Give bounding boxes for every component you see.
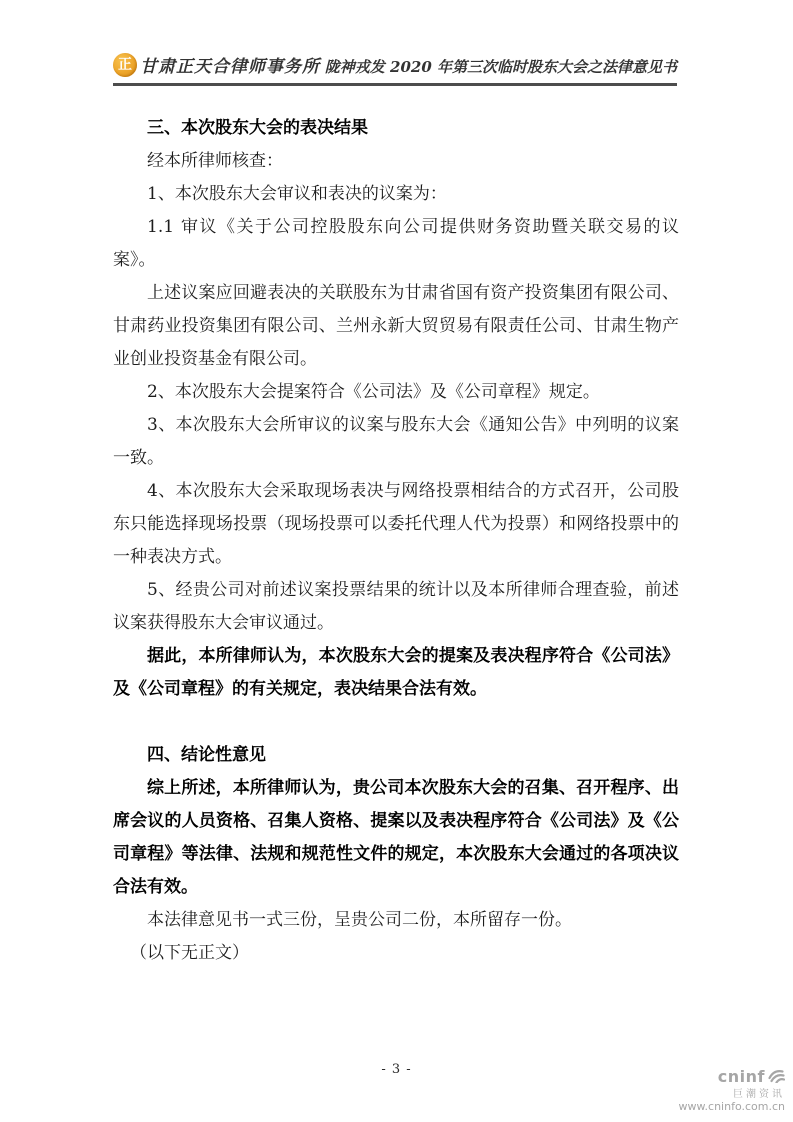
end-of-text-note: （以下无正文） [113,937,679,970]
cninfo-brand-row: cninf [679,1067,785,1087]
document-page: 正 甘肃正天合律师事务所 陇神戎发 2020 年第三次临时股东大会之法律意见书 … [0,0,793,1122]
cninfo-watermark: cninf 巨潮资讯 www.cninfo.com.cn [679,1067,785,1114]
law-firm-logo-icon: 正 [113,53,137,77]
paragraph: 1.1 审议《关于公司控股股东向公司提供财务资助暨关联交易的议案》。 [113,211,679,277]
cninfo-chinese-name: 巨潮资讯 [679,1089,785,1101]
paragraph: 1、本次股东大会审议和表决的议案为： [113,178,679,211]
law-firm-name: 甘肃正天合律师事务所 [140,52,320,77]
cninfo-brand-text: cninf [718,1068,765,1086]
section4-conclusion: 综上所述，本所律师认为，贵公司本次股东大会的召集、召开程序、出席会议的人员资格、… [113,772,679,904]
section4-heading: 四、结论性意见 [113,739,679,772]
law-firm-brand: 正 甘肃正天合律师事务所 [113,52,320,77]
page-header: 正 甘肃正天合律师事务所 陇神戎发 2020 年第三次临时股东大会之法律意见书 [113,52,677,86]
page-number: - 3 - [0,1062,793,1077]
section3-heading: 三、本次股东大会的表决结果 [113,112,679,145]
document-body: 三、本次股东大会的表决结果 经本所律师核查： 1、本次股东大会审议和表决的议案为… [113,112,679,970]
paragraph: 3、本次股东大会所审议的议案与股东大会《通知公告》中列明的议案一致。 [113,409,679,475]
paragraph: 4、本次股东大会采取现场表决与网络投票相结合的方式召开，公司股东只能选择现场投票… [113,475,679,574]
copies-note: 本法律意见书一式三份，呈贵公司二份，本所留存一份。 [113,904,679,937]
document-header-title: 陇神戎发 2020 年第三次临时股东大会之法律意见书 [325,56,677,77]
paragraph: 上述议案应回避表决的关联股东为甘肃省国有资产投资集团有限公司、甘肃药业投资集团有… [113,277,679,376]
paragraph: 经本所律师核查： [113,145,679,178]
paragraph: 2、本次股东大会提案符合《公司法》及《公司章程》规定。 [113,376,679,409]
section3-conclusion: 据此，本所律师认为，本次股东大会的提案及表决程序符合《公司法》及《公司章程》的有… [113,640,679,706]
cninfo-swirl-icon [767,1067,785,1087]
cninfo-url: www.cninfo.com.cn [679,1101,785,1114]
paragraph: 5、经贵公司对前述议案投票结果的统计以及本所律师合理查验，前述议案获得股东大会审… [113,574,679,640]
